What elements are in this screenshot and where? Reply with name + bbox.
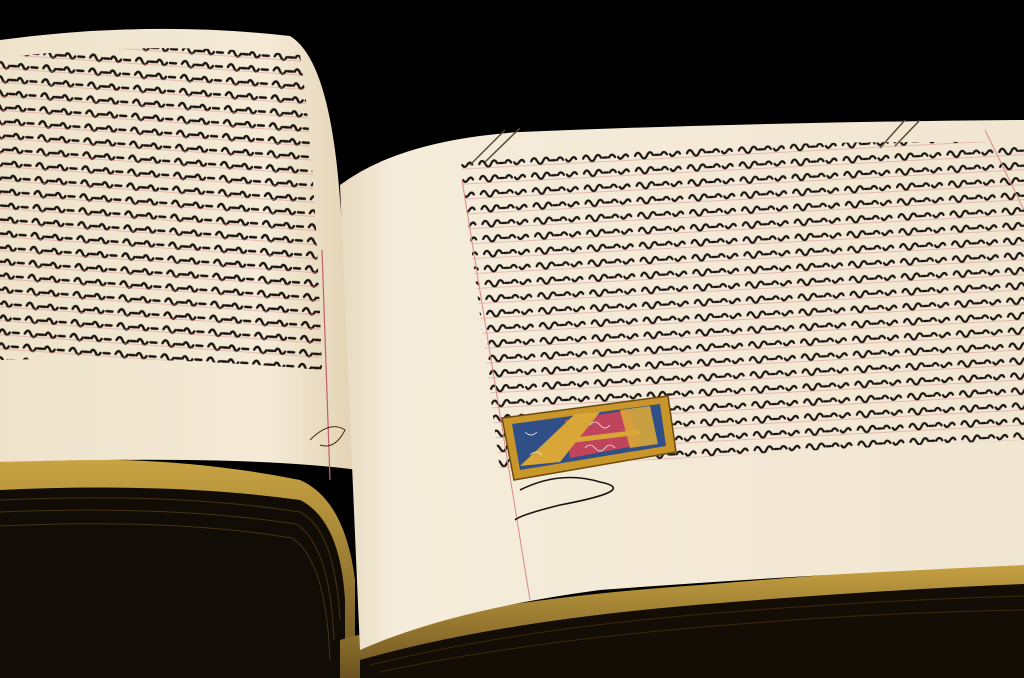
manuscript-photo [0,0,1024,678]
